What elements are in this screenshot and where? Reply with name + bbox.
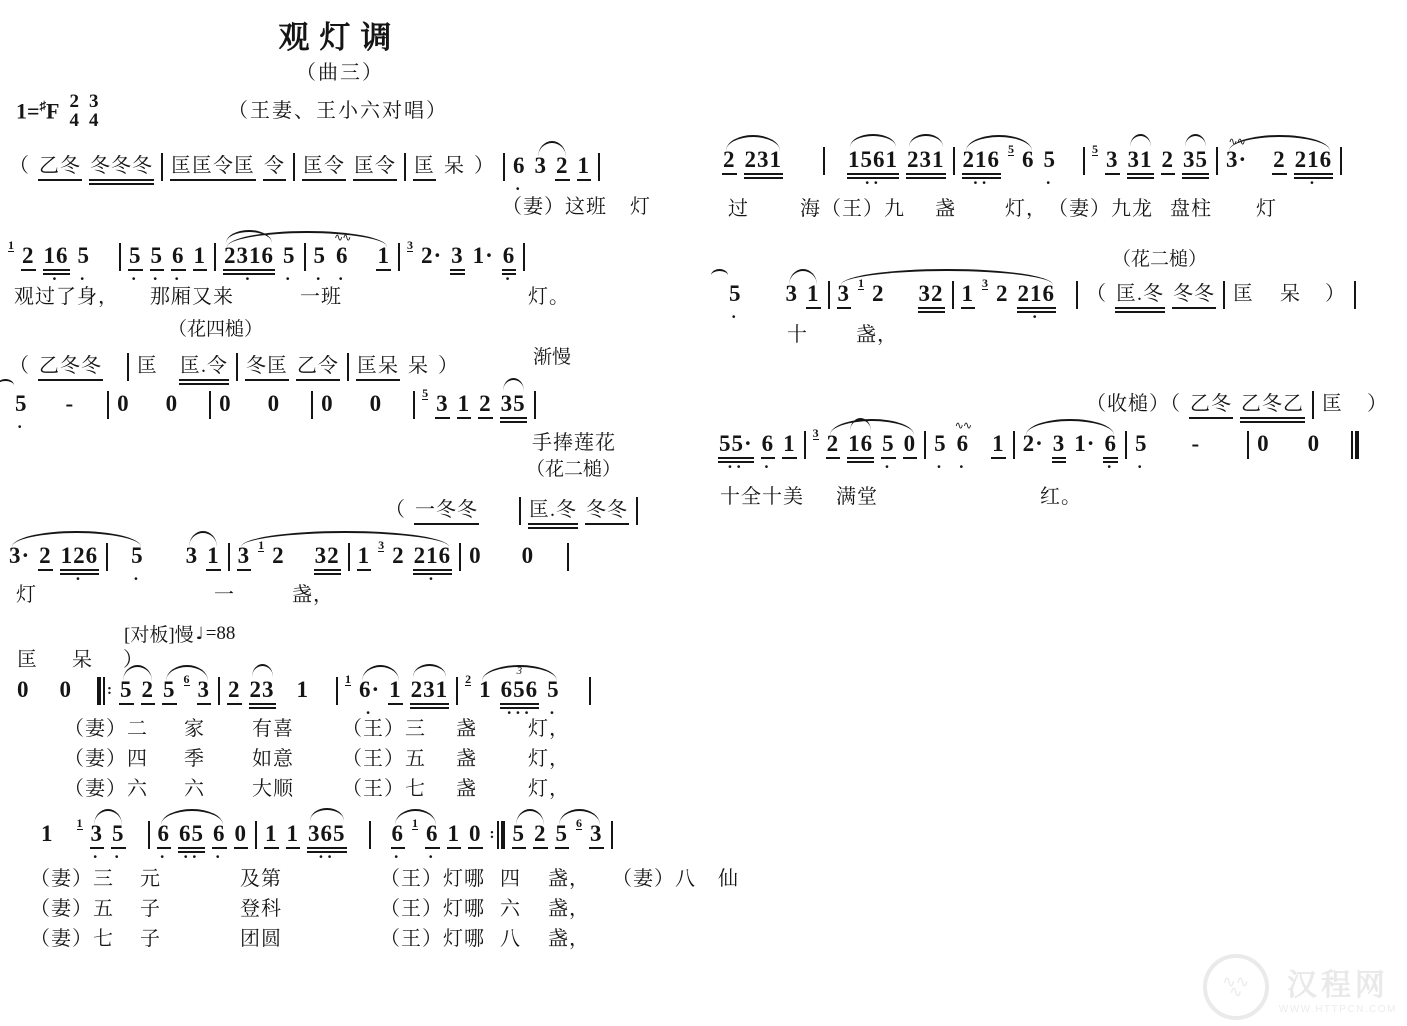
note-token: 1 [447,806,462,865]
lyric-row-l5-3: （妻）六六大顺（王）七盏灯， [0,772,1407,800]
lyric-segment: （王）七 [342,772,426,801]
key-signature: 1=♯F [16,98,60,124]
barline: : [490,806,505,865]
note-token: 3 [450,228,465,287]
note-token: 231 [906,132,946,191]
barline [611,806,613,865]
lyric-row-l4: 灯一盏， [0,578,1407,606]
lyric-segment: 盏， [548,922,590,951]
page-subtitle: （曲三） [150,56,530,85]
note-token: 35 [1182,132,1209,191]
performers-note: （王妻、王小六对唱） [228,94,448,123]
tempo-value: =88 [206,623,236,645]
lyric-row-r1: 过海（王）九盏灯，（妻）九龙盘柱灯 [0,192,1407,220]
lyric-segment: 满堂 [836,480,878,509]
lyric-segment: 盏 [456,772,477,801]
barline [255,806,257,865]
barline [119,228,121,287]
note-token: 5· [77,228,92,287]
note-token: 1561·· [847,132,899,191]
note-token: 2 [1161,132,1176,191]
lyric-segment: 仙 [718,862,739,891]
lyric-row-l6-1: （妻）三元及第（王）灯哪四盏，（妻）八仙 [0,862,1407,890]
lyric-row-l5-2: （妻）四季如意（王）五盏灯， [0,742,1407,770]
note-token: 31 [1127,132,1154,191]
percussion-token: 匡令 [353,138,397,197]
barline [1216,132,1218,191]
barline [398,228,400,287]
note-token: 0 [468,806,483,865]
grace-note: 1 [8,228,14,287]
watermark-logo-icon: ∿∿∿ [1203,954,1269,1020]
barline [369,806,371,865]
note-token: 2· [420,228,443,287]
lyric-segment: 手捧莲花 [532,426,616,455]
lyric-segment: （妻）四 [64,742,148,771]
note-token: 365·· [307,806,347,865]
lyric-segment: （王）灯哪 [380,922,485,951]
label-jianman: 渐慢 [533,342,571,369]
lyric-segment: 过 [728,192,749,221]
lyric-segment: 子 [140,922,161,951]
barline [503,138,505,197]
lyric-segment: （王）灯哪 [380,892,485,921]
lyric-segment: 观过了身， [14,280,119,309]
note-token: 1 [40,806,55,865]
label-hua-er-chui-1: （花二槌） [526,454,621,481]
lyric-row-r3: 十全十美满堂红。 [0,480,1407,508]
lyric-row-l5-1: （妻）二家有喜（王）三盏灯， [0,712,1407,740]
lyric-segment: 盏 [456,712,477,741]
lyric-segment: 盏 [935,192,956,221]
lyric-segment: 六 [500,892,521,921]
lyric-segment: 那厢又来 [150,280,234,309]
note-token: 1· [472,228,495,287]
lyric-segment: 子 [140,892,161,921]
lyric-segment: 灯， [528,772,570,801]
lyric-segment: （王）五 [342,742,426,771]
lyric-segment: （妻）五 [30,892,114,921]
lyric-segment: （妻）七 [30,922,114,951]
watermark-url: WWW.HTTPCN.COM [1279,1004,1397,1015]
barline [1340,132,1342,191]
lyric-segment: 灯， [528,742,570,771]
lyric-segment: 盏， [548,862,590,891]
barline [598,138,600,197]
lyric-segment: 有喜 [252,712,294,741]
lyric-segment: 十 [787,318,808,347]
note-token: 3 [1105,132,1120,191]
lyric-row-r2: 十盏， [0,318,1407,346]
lyric-segment: （妻）八 [612,862,696,891]
note-token: 0 [234,806,249,865]
lyric-segment: 盏， [856,318,898,347]
lyric-segment: 红。 [1040,480,1082,509]
lyric-segment: 海（王）九 [800,192,905,221]
barline [823,132,825,191]
lyric-segment: 一 [214,578,235,607]
time-signature-1: 24 [70,92,80,130]
lyric-row-l3: 手捧莲花 [0,426,1407,454]
barline [214,228,216,287]
percussion-token: 冬冬冬 [89,138,154,197]
grace-note: 5 [1092,132,1098,191]
lyric-row-l2: 观过了身，那厢又来一班灯。 [0,280,1407,308]
lyric-segment: （王）三 [342,712,426,741]
lyric-segment: 大顺 [252,772,294,801]
note-token: 1 [286,806,301,865]
grace-note: 3 [407,228,413,287]
lyric-segment: 家 [184,712,205,741]
note-token: 6· [512,138,527,197]
barline [161,138,163,197]
system-r1-notes: 22311561··231216··565·5331235∿∿3·2216· [722,132,1342,194]
percussion-token: 呆 [443,138,466,197]
lyric-segment: 及第 [240,862,282,891]
note-token: 5· [128,228,143,287]
percussion-token: 匡 [413,138,436,197]
note-token: 1 [577,138,592,197]
barline [1083,132,1085,191]
watermark-site-name: 汉程网 [1287,960,1389,1004]
lyric-segment: 灯， [1005,192,1047,221]
watermark: ∿∿∿ 汉程网 WWW.HTTPCN.COM [1203,954,1397,1020]
lyric-segment: 灯 [1256,192,1277,221]
lyric-segment: 一班 [300,280,342,309]
lyric-segment: （妻）六 [64,772,148,801]
lyric-segment: 盏 [456,742,477,771]
lyric-segment: 元 [140,862,161,891]
text-token: ） [473,138,496,197]
note-token: 1 [376,228,391,287]
text-token: （ [8,138,31,197]
system-l6-notes: 113·5·6·65··6·011365··6·16·10:52563 [40,806,613,868]
barline [404,138,406,197]
lyric-segment: （妻）九龙 [1048,192,1153,221]
note-token: 2 [21,228,36,287]
barline [148,806,150,865]
slur-arc [12,531,141,547]
lyric-segment: 季 [184,742,205,771]
lyric-segment: （妻）三 [30,862,114,891]
note-token: 6· [502,228,517,287]
note-token: 6· [171,228,186,287]
page-title: 观灯调 [150,12,530,57]
lyric-segment: 盏， [548,892,590,921]
lyric-segment: 盏， [292,578,334,607]
note-token: 1 [264,806,279,865]
percussion-token: 匡令 [302,138,346,197]
lyric-segment: 团圆 [240,922,282,951]
lyric-row-l6-2: （妻）五子登科（王）灯哪六盏， [0,892,1407,920]
note-token: 5· [150,228,165,287]
percussion-token: 匡匡令匡 [170,138,256,197]
lyric-segment: （王）灯哪 [380,862,485,891]
lyric-row-l6-3: （妻）七子团圆（王）灯哪八盏， [0,922,1407,950]
percussion-token: 令 [263,138,286,197]
time-signature-2: 34 [89,92,99,130]
note-token: 1 [193,228,208,287]
lyric-segment: 四 [500,862,521,891]
key-signature-row: 1=♯F 24 34 [16,92,99,130]
lyric-segment: 登科 [240,892,282,921]
note-token: 5· [1043,132,1058,191]
lyric-segment: （妻）二 [64,712,148,741]
barline [293,138,295,197]
lyric-segment: 十全十美 [720,480,804,509]
lyric-segment: 如意 [252,742,294,771]
lyric-segment: 灯， [528,712,570,741]
note-token: 16· [43,228,70,287]
lyric-segment: 六 [184,772,205,801]
lyric-segment: 灯 [16,578,37,607]
percussion-token: 乙冬 [38,138,82,197]
barline [523,228,525,287]
lyric-segment: 盘柱 [1170,192,1212,221]
quarter-note-icon: ♩ [196,624,204,644]
grace-note: 1 [77,806,83,865]
lyric-segment: 灯。 [528,280,570,309]
lyric-segment: 八 [500,922,521,951]
barline [953,132,955,191]
